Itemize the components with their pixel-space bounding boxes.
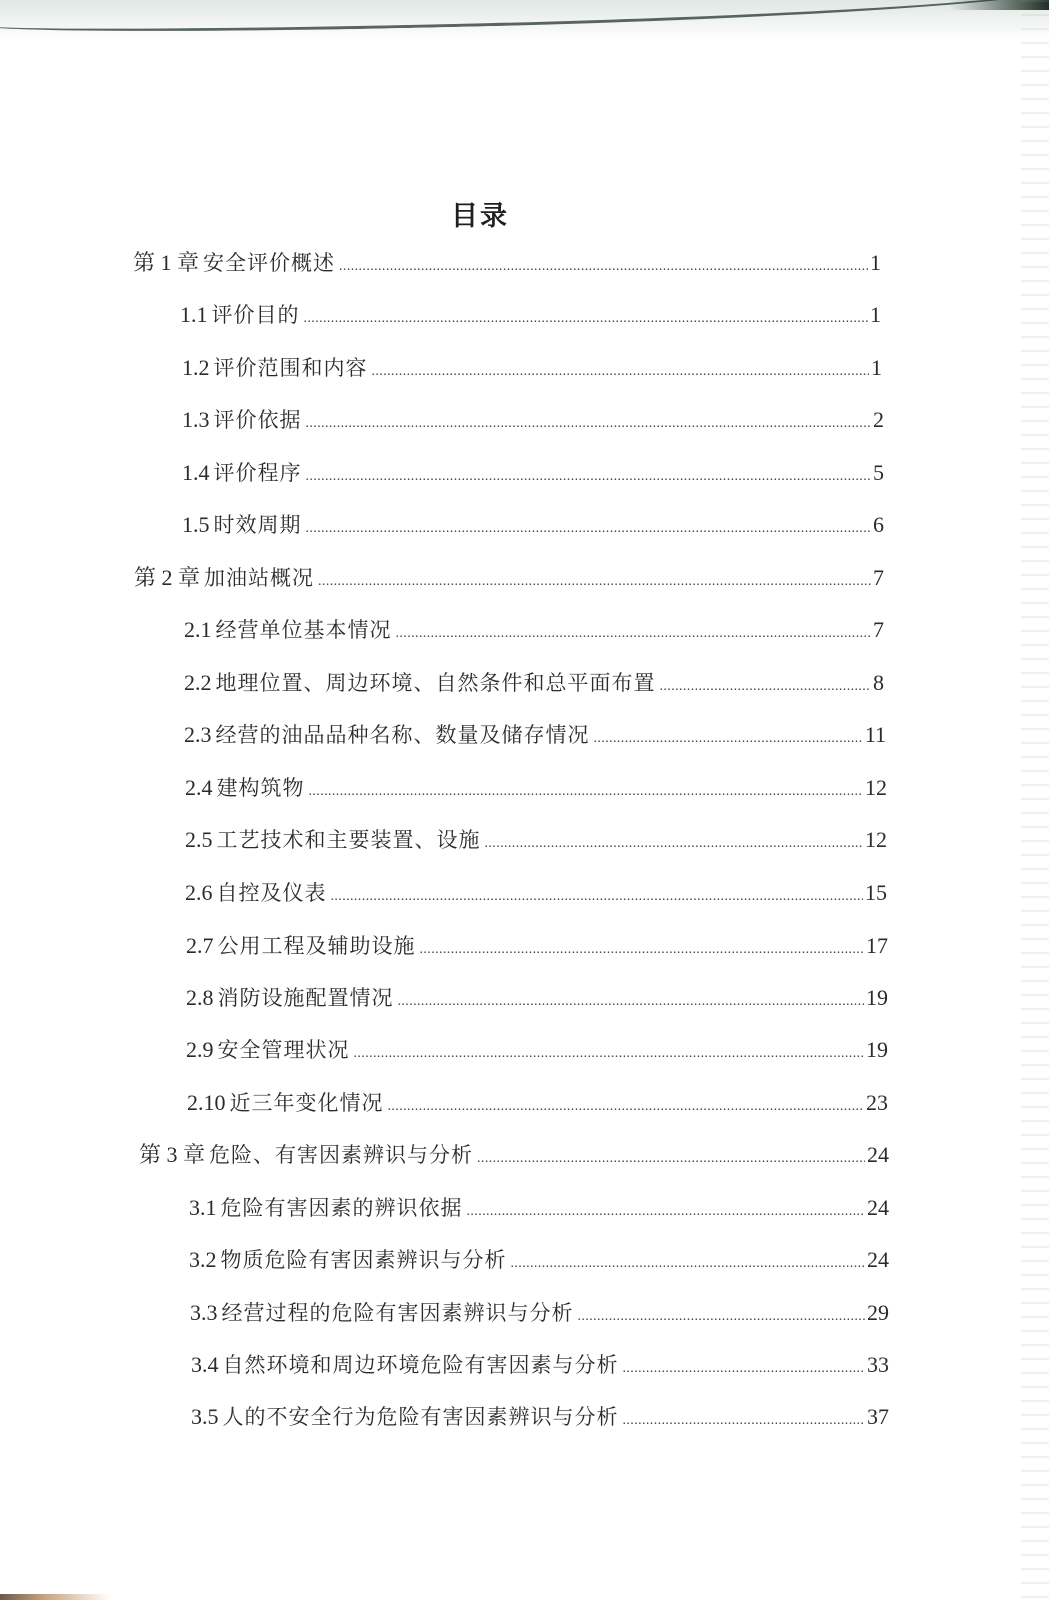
toc-section-2-10[interactable]: 2.10 近三年变化情况 23 xyxy=(187,1088,888,1122)
toc-section-2-3[interactable]: 2.3 经营的油品品种名称、数量及储存情况 11 xyxy=(184,720,886,754)
toc-section-3-3[interactable]: 3.3 经营过程的危险有害因素辨识与分析 29 xyxy=(190,1298,889,1332)
toc-number: 第 2 章 xyxy=(134,563,200,593)
toc-number: 2.7 xyxy=(186,931,214,961)
toc-page-number: 5 xyxy=(873,458,884,488)
toc-leader xyxy=(467,1197,866,1227)
toc-page-number: 37 xyxy=(867,1402,889,1432)
toc-section-2-9[interactable]: 2.9 安全管理状况 19 xyxy=(186,1035,888,1069)
toc-page-number: 19 xyxy=(866,1035,888,1065)
toc-number: 2.6 xyxy=(185,878,213,908)
toc-leader xyxy=(396,619,872,649)
toc-number: 2.2 xyxy=(184,668,212,698)
toc-number: 1.5 xyxy=(182,510,210,540)
toc-label: 自控及仪表 xyxy=(217,878,327,908)
toc-label: 人的不安全行为危险有害因素辨识与分析 xyxy=(223,1402,619,1432)
toc-page-number: 24 xyxy=(867,1140,889,1170)
toc-label: 经营单位基本情况 xyxy=(216,615,392,645)
toc-leader xyxy=(420,935,865,965)
toc-page-number: 1 xyxy=(871,353,882,383)
toc-number: 1.3 xyxy=(182,405,210,435)
toc-page-number: 17 xyxy=(866,931,888,961)
toc-page-number: 15 xyxy=(865,878,887,908)
toc-number: 3.1 xyxy=(189,1193,217,1223)
toc-section-3-5[interactable]: 3.5 人的不安全行为危险有害因素辨识与分析 37 xyxy=(191,1402,889,1436)
toc-label: 加油站概况 xyxy=(204,563,314,593)
toc-chapter-3[interactable]: 第 3 章 危险、有害因素辨识与分析 24 xyxy=(139,1140,889,1174)
toc-number: 3.4 xyxy=(191,1350,219,1380)
toc-leader xyxy=(309,777,864,807)
toc-section-3-4[interactable]: 3.4 自然环境和周边环境危险有害因素与分析 33 xyxy=(191,1350,889,1384)
toc-leader xyxy=(578,1302,866,1332)
toc-label: 危险有害因素的辨识依据 xyxy=(221,1193,463,1223)
toc-leader xyxy=(660,672,872,702)
page-title: 目录 xyxy=(0,194,960,233)
toc-page-number: 6 xyxy=(873,510,884,540)
toc-page-number: 11 xyxy=(865,720,886,750)
toc-page-number: 2 xyxy=(873,405,884,435)
toc-number: 2.4 xyxy=(185,773,213,803)
toc-label: 评价目的 xyxy=(212,300,300,330)
toc-label: 评价程序 xyxy=(214,458,302,488)
toc-section-1-4[interactable]: 1.4 评价程序 5 xyxy=(182,458,884,492)
toc-leader xyxy=(306,514,872,544)
toc-section-1-3[interactable]: 1.3 评价依据 2 xyxy=(182,405,884,439)
toc-section-2-8[interactable]: 2.8 消防设施配置情况 19 xyxy=(186,983,888,1017)
toc-number: 1.2 xyxy=(182,353,210,383)
toc-leader xyxy=(398,987,865,1017)
toc-section-2-2[interactable]: 2.2 地理位置、周边环境、自然条件和总平面布置 8 xyxy=(184,668,884,702)
toc-page-number: 12 xyxy=(865,773,887,803)
toc-page-number: 29 xyxy=(867,1298,889,1328)
toc-label: 安全评价概述 xyxy=(203,248,335,278)
toc-section-2-7[interactable]: 2.7 公用工程及辅助设施 17 xyxy=(186,931,888,965)
toc-page-number: 1 xyxy=(870,300,881,330)
toc-label: 消防设施配置情况 xyxy=(218,983,394,1013)
toc-leader xyxy=(331,882,864,912)
toc-page-number: 33 xyxy=(867,1350,889,1380)
toc-chapter-1[interactable]: 第 1 章 安全评价概述 1 xyxy=(133,248,881,282)
toc-section-2-5[interactable]: 2.5 工艺技术和主要装置、设施 12 xyxy=(185,825,887,859)
toc-number: 2.1 xyxy=(184,615,212,645)
toc-number: 第 1 章 xyxy=(133,248,199,278)
toc-label: 建构筑物 xyxy=(217,773,305,803)
toc-section-1-2[interactable]: 1.2 评价范围和内容 1 xyxy=(182,353,882,387)
toc-number: 3.3 xyxy=(190,1298,218,1328)
toc-leader xyxy=(594,724,863,754)
toc-leader xyxy=(354,1039,865,1069)
toc-number: 1.4 xyxy=(182,458,210,488)
toc-label: 评价范围和内容 xyxy=(214,353,368,383)
scan-bottom-artifact xyxy=(0,1594,110,1600)
toc-leader xyxy=(511,1249,866,1279)
toc-leader xyxy=(306,409,872,439)
toc-leader xyxy=(623,1406,866,1436)
toc-leader xyxy=(477,1144,865,1174)
toc-page-number: 24 xyxy=(867,1245,889,1275)
toc-leader xyxy=(485,829,864,859)
toc-label: 经营过程的危险有害因素辨识与分析 xyxy=(222,1298,574,1328)
toc-leader xyxy=(372,357,870,387)
toc-page-number: 24 xyxy=(867,1193,889,1223)
toc-page-number: 23 xyxy=(866,1088,888,1118)
toc-number: 2.10 xyxy=(187,1088,226,1118)
toc-leader xyxy=(306,462,872,492)
toc-chapter-2[interactable]: 第 2 章 加油站概况 7 xyxy=(134,563,884,597)
toc-section-1-5[interactable]: 1.5 时效周期 6 xyxy=(182,510,884,544)
toc-number: 2.5 xyxy=(185,825,213,855)
toc-number: 2.3 xyxy=(184,720,212,750)
toc-leader xyxy=(623,1354,866,1384)
toc-section-2-6[interactable]: 2.6 自控及仪表 15 xyxy=(185,878,887,912)
toc-number: 3.5 xyxy=(191,1402,219,1432)
toc-leader xyxy=(339,252,868,282)
toc-section-3-1[interactable]: 3.1 危险有害因素的辨识依据 24 xyxy=(189,1193,889,1227)
toc-page-number: 12 xyxy=(865,825,887,855)
toc-number: 3.2 xyxy=(189,1245,217,1275)
toc-label: 经营的油品品种名称、数量及储存情况 xyxy=(216,720,590,750)
toc-label: 安全管理状况 xyxy=(218,1035,350,1065)
toc-label: 自然环境和周边环境危险有害因素与分析 xyxy=(223,1350,619,1380)
toc-section-2-1[interactable]: 2.1 经营单位基本情况 7 xyxy=(184,615,884,649)
toc-leader xyxy=(304,304,869,334)
toc-label: 近三年变化情况 xyxy=(230,1088,384,1118)
toc-number: 2.9 xyxy=(186,1035,214,1065)
toc-label: 危险、有害因素辨识与分析 xyxy=(209,1140,473,1170)
toc-label: 时效周期 xyxy=(214,510,302,540)
toc-leader xyxy=(388,1092,865,1122)
toc-number: 2.8 xyxy=(186,983,214,1013)
toc-label: 公用工程及辅助设施 xyxy=(218,931,416,961)
toc-page-number: 1 xyxy=(870,248,881,278)
toc-section-3-2[interactable]: 3.2 物质危险有害因素辨识与分析 24 xyxy=(189,1245,889,1279)
toc-label: 工艺技术和主要装置、设施 xyxy=(217,825,481,855)
scan-right-edge xyxy=(1021,0,1049,1600)
toc-page-number: 8 xyxy=(873,668,884,698)
toc-label: 物质危险有害因素辨识与分析 xyxy=(221,1245,507,1275)
toc-label: 评价依据 xyxy=(214,405,302,435)
toc-section-2-4[interactable]: 2.4 建构筑物 12 xyxy=(185,773,887,807)
toc-page-number: 19 xyxy=(866,983,888,1013)
toc-page-number: 7 xyxy=(873,563,884,593)
toc-number: 第 3 章 xyxy=(139,1140,205,1170)
toc-leader xyxy=(318,567,871,597)
toc-page-number: 7 xyxy=(873,615,884,645)
toc-label: 地理位置、周边环境、自然条件和总平面布置 xyxy=(216,668,656,698)
toc-number: 1.1 xyxy=(180,300,208,330)
toc-section-1-1[interactable]: 1.1 评价目的 1 xyxy=(180,300,881,334)
